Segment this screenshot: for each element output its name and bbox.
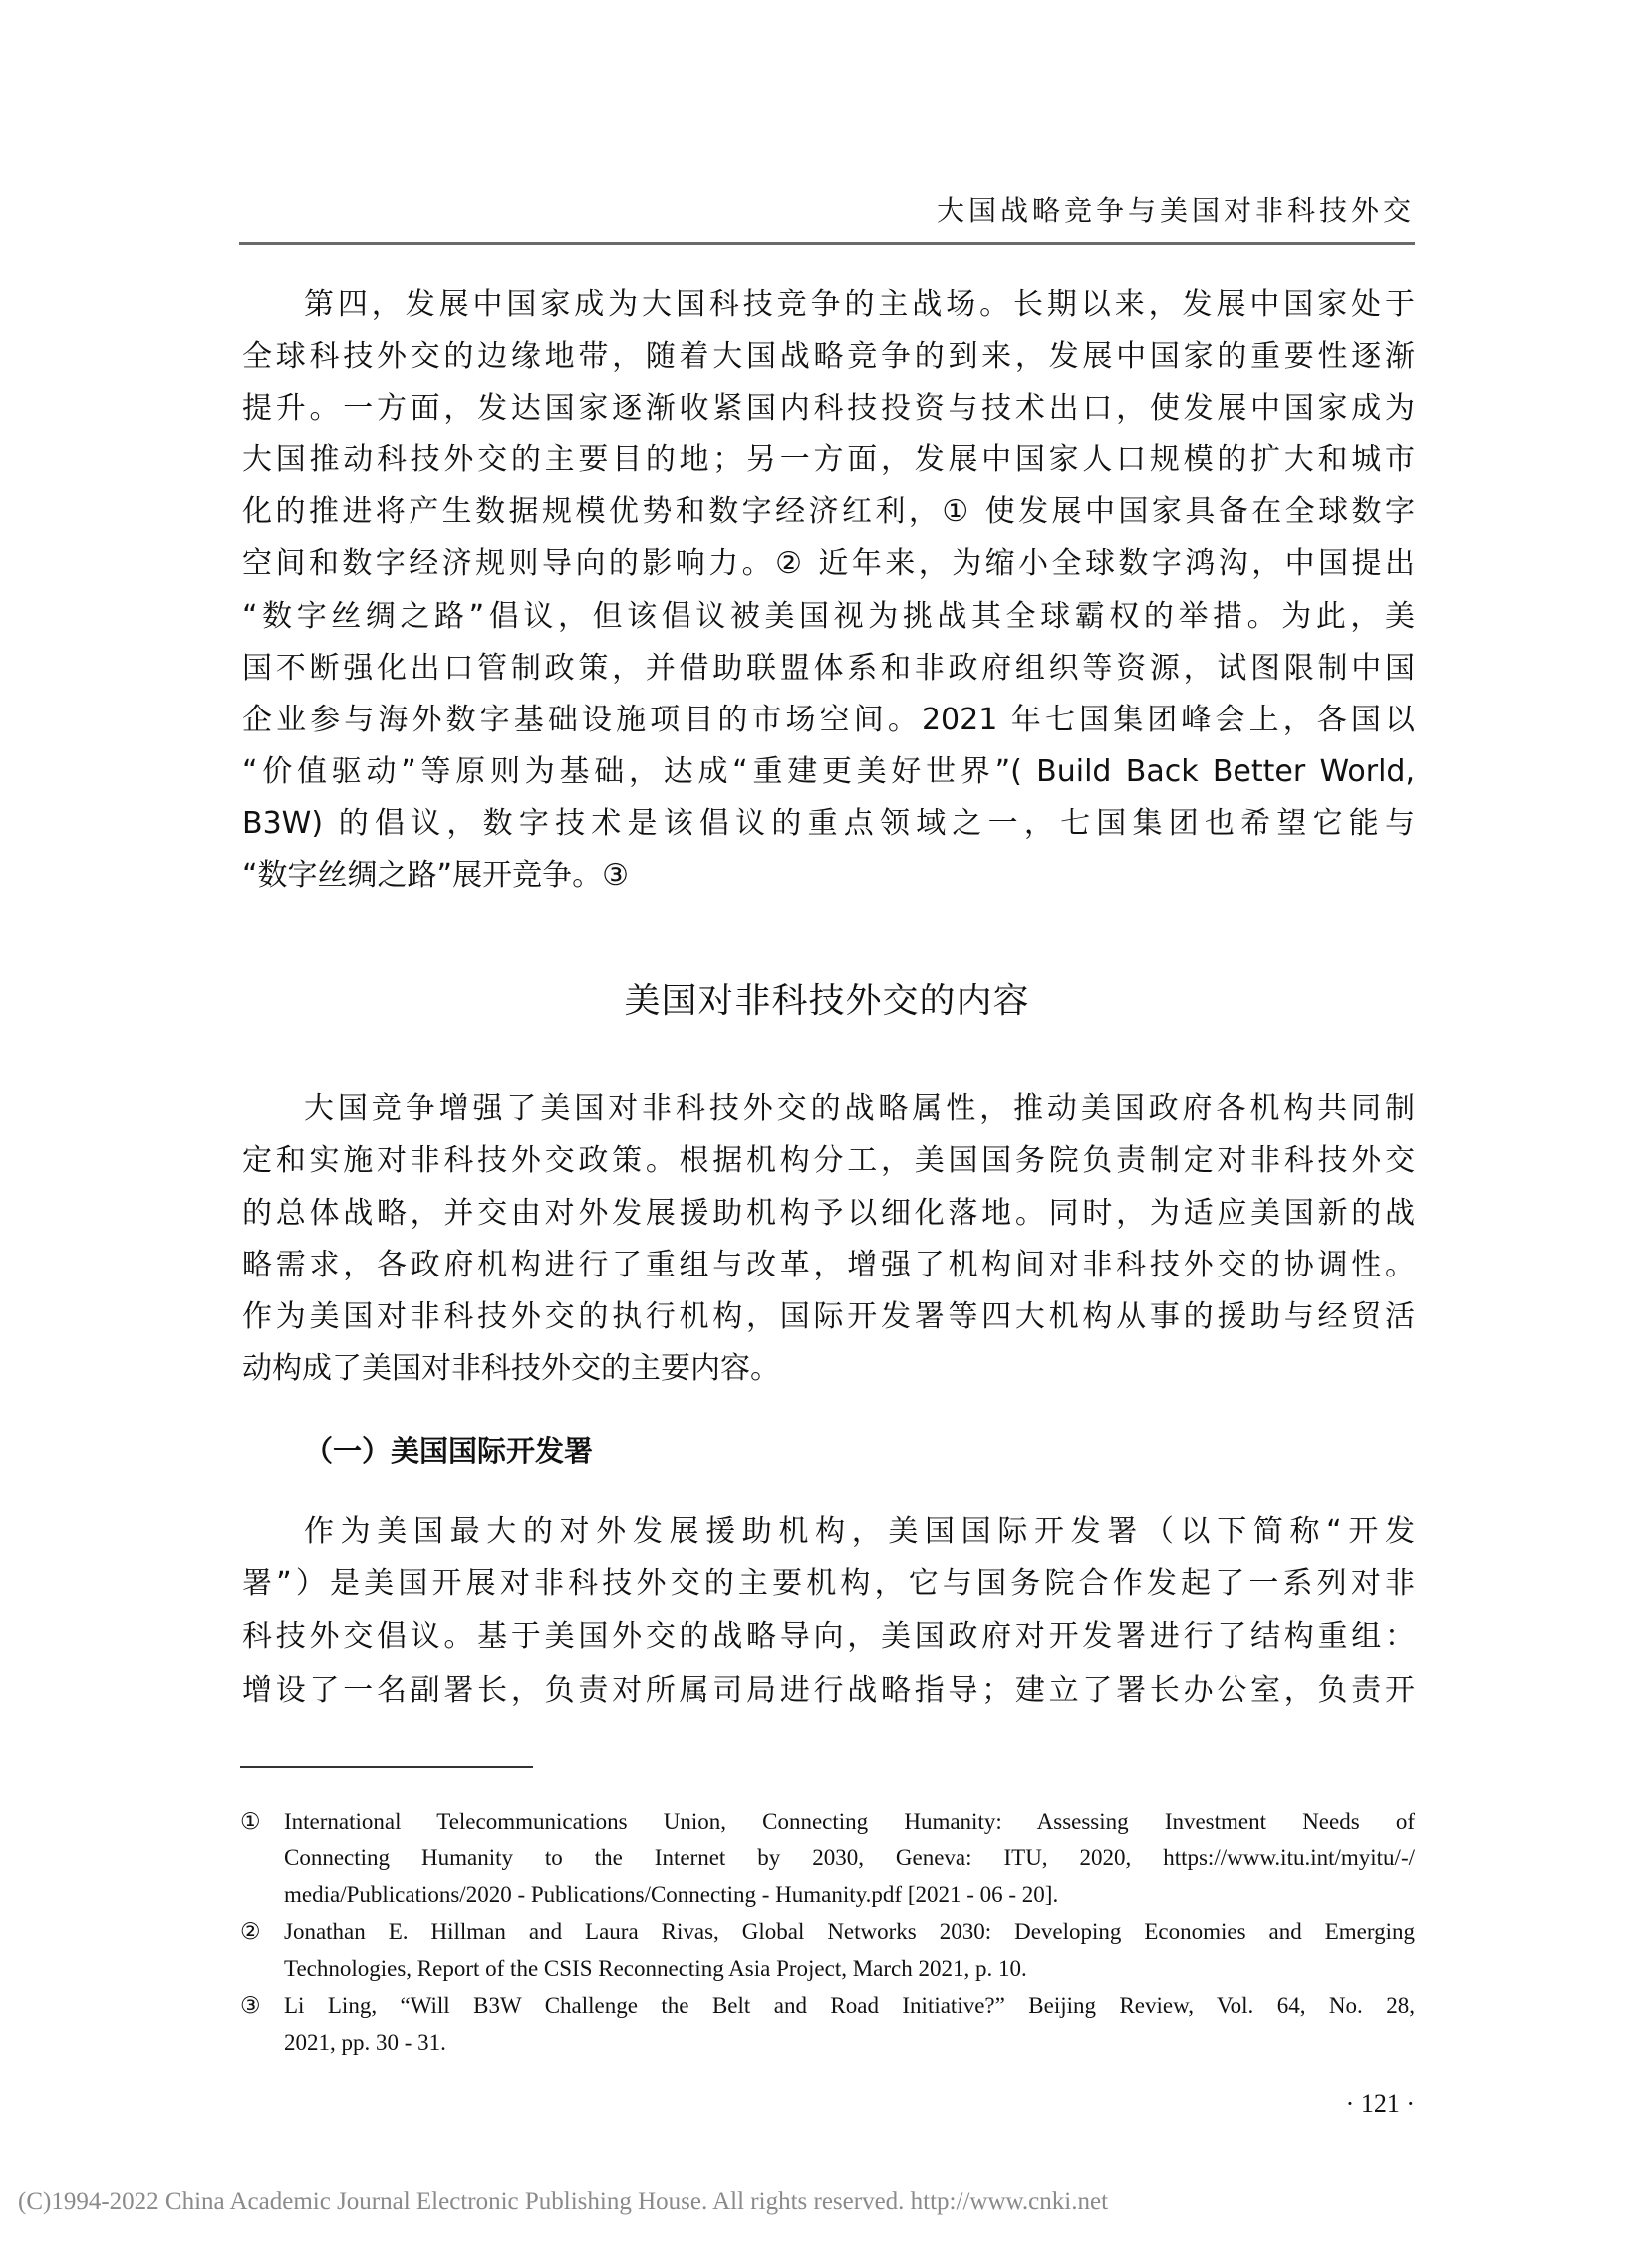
- footnote-rule: [240, 1766, 533, 1768]
- footnote-marker: ②: [240, 1917, 261, 1947]
- footnote-line: Li Ling, “Will B3W Challenge the Belt an…: [284, 1991, 1415, 2021]
- footnote-line: Technologies, Report of the CSIS Reconne…: [284, 1954, 1415, 1984]
- footnote-line: Connecting Humanity to the Internet by 2…: [284, 1843, 1415, 1873]
- text-line: “数字丝绸之路”展开竞争。③: [242, 856, 1415, 896]
- footnote-marker: ①: [240, 1807, 261, 1837]
- text-line: 全球科技外交的边缘地带，随着大国战略竞争的到来，发展中国家的重要性逐渐: [242, 337, 1415, 377]
- text-line: 第四，发展中国家成为大国科技竞争的主战场。长期以来，发展中国家处于: [304, 285, 1415, 325]
- text-line: 作为美国对非科技外交的执行机构，国际开发署等四大机构从事的援助与经贸活: [242, 1297, 1415, 1337]
- section-heading: 美国对非科技外交的内容: [239, 979, 1415, 1024]
- text-line: 大国推动科技外交的主要目的地；另一方面，发展中国家人口规模的扩大和城市: [242, 440, 1415, 480]
- text-line: 化的推进将产生数据规模优势和数字经济红利，① 使发展中国家具备在全球数字: [242, 492, 1415, 532]
- text-line: “价值驱动”等原则为基础，达成“重建更美好世界”( Build Back Bet…: [242, 752, 1415, 792]
- text-line: 署”）是美国开展对非科技外交的主要机构，它与国务院合作发起了一系列对非: [242, 1564, 1415, 1604]
- text-line: 作为美国最大的对外发展援助机构，美国国际开发署（以下简称“开发: [304, 1512, 1415, 1552]
- text-line: 增设了一名副署长，负责对所属司局进行战略指导；建立了署长办公室，负责开: [242, 1671, 1415, 1711]
- footnote-line: media/Publications/2020 - Publications/C…: [284, 1880, 1415, 1910]
- footnote-marker: ③: [240, 1991, 261, 2021]
- text-line: 略需求，各政府机构进行了重组与改革，增强了机构间对非科技外交的协调性。: [242, 1246, 1415, 1285]
- text-line: 动构成了美国对非科技外交的主要内容。: [242, 1349, 1415, 1389]
- footnote-line: Jonathan E. Hillman and Laura Rivas, Glo…: [284, 1917, 1415, 1947]
- text-line: 的总体战略，并交由对外发展援助机构予以细化落地。同时，为适应美国新的战: [242, 1194, 1415, 1234]
- copyright-notice: (C)1994-2022 China Academic Journal Elec…: [18, 2187, 1108, 2217]
- footnote-line: International Telecommunications Union, …: [284, 1807, 1415, 1837]
- text-line: 大国竞争增强了美国对非科技外交的战略属性，推动美国政府各机构共同制: [304, 1089, 1415, 1129]
- page-number: · 121 ·: [1295, 2088, 1415, 2120]
- footnote-line: 2021, pp. 30 - 31.: [284, 2028, 1415, 2058]
- text-line: 空间和数字经济规则导向的影响力。② 近年来，为缩小全球数字鸿沟，中国提出: [242, 544, 1415, 584]
- header-rule: [239, 242, 1415, 245]
- text-line: “数字丝绸之路”倡议，但该倡议被美国视为挑战其全球霸权的举措。为此，美: [242, 597, 1415, 637]
- text-line: 定和实施对非科技外交政策。根据机构分工，美国国务院负责制定对非科技外交: [242, 1141, 1415, 1181]
- text-line: 科技外交倡议。基于美国外交的战略导向，美国政府对开发署进行了结构重组：: [242, 1617, 1415, 1657]
- running-head: 大国战略竞争与美国对非科技外交: [239, 189, 1415, 229]
- text-line: 提升。一方面，发达国家逐渐收紧国内科技投资与技术出口，使发展中国家成为: [242, 389, 1415, 428]
- text-line: B3W) 的倡议，数字技术是该倡议的重点领域之一，七国集团也希望它能与: [242, 804, 1415, 844]
- sub-heading: （一）美国国际开发署: [304, 1431, 593, 1471]
- text-line: 企业参与海外数字基础设施项目的市场空间。2021 年七国集团峰会上，各国以: [242, 701, 1415, 740]
- text-line: 国不断强化出口管制政策，并借助联盟体系和非政府组织等资源，试图限制中国: [242, 649, 1415, 689]
